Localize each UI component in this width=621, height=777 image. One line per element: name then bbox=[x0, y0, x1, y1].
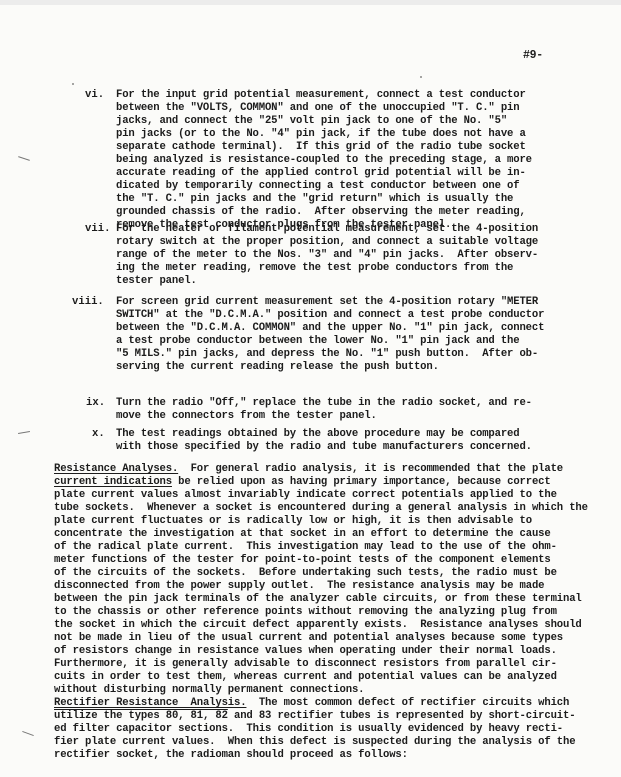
list-item-text-line: rotary switch at the proper position, an… bbox=[116, 236, 538, 249]
list-item-text-line: between the "VOLTS, COMMON" and one of t… bbox=[116, 102, 519, 115]
paragraph-line: current indications be relied upon as ha… bbox=[54, 476, 551, 489]
list-item-text-line: The test readings obtained by the above … bbox=[116, 428, 519, 441]
list-item-numeral: vii. bbox=[85, 223, 110, 236]
paragraph-line: utilize the types 80, 81, 82 and 83 rect… bbox=[54, 710, 575, 723]
list-item-text-line: separate cathode terminal). If this grid… bbox=[116, 141, 526, 154]
list-item-text-line: between the "D.C.M.A. COMMON" and the up… bbox=[116, 322, 544, 335]
paragraph-text: The most common defect of rectifier circ… bbox=[246, 697, 569, 709]
paragraph-line: to the chassis or other reference points… bbox=[54, 606, 557, 619]
paragraph-line: between the pin jack terminals of the an… bbox=[54, 593, 582, 606]
section-heading: Rectifier Resistance Analysis. bbox=[54, 697, 246, 709]
paragraph-line: Furthermore, it is generally advisable t… bbox=[54, 658, 557, 671]
underlined-phrase: current indications bbox=[54, 476, 172, 488]
scan-speck bbox=[72, 83, 74, 85]
list-item-text-line: a test probe conductor between the lower… bbox=[116, 335, 519, 348]
viewer-top-edge bbox=[0, 0, 621, 5]
list-item-numeral: ix. bbox=[86, 397, 105, 410]
paragraph-line: without disturbing normally permanent co… bbox=[54, 684, 364, 697]
margin-pencil-mark bbox=[18, 431, 30, 434]
list-item-text-line: For screen grid current measurement set … bbox=[116, 296, 538, 309]
list-item-text-line: pin jacks (or to the No. "4" pin jack, i… bbox=[116, 128, 526, 141]
page-number: #9- bbox=[523, 49, 543, 62]
paragraph-line: of the radical plate current. This inves… bbox=[54, 541, 557, 554]
list-item-text-line: "5 MILS." pin jacks, and depress the No.… bbox=[116, 348, 538, 361]
paragraph-line: disconnected from the power supply outle… bbox=[54, 580, 544, 593]
list-item-text-line: range of the meter to the Nos. "3" and "… bbox=[116, 249, 538, 262]
list-item-text-line: being analyzed is resistance-coupled to … bbox=[116, 154, 532, 167]
paragraph-line: cuits in order to test them, whereas cur… bbox=[54, 671, 557, 684]
paragraph-line: rectifier socket, the radioman should pr… bbox=[54, 749, 408, 762]
paragraph-line: of resistors change in resistance values… bbox=[54, 645, 557, 658]
list-item-text-line: For the input grid potential measurement… bbox=[116, 89, 526, 102]
list-item-text-line: SWITCH" at the "D.C.M.A." position and c… bbox=[116, 309, 544, 322]
list-item-numeral: x. bbox=[92, 428, 105, 441]
paragraph-text: and 83 rectifier tubes is represented by… bbox=[228, 710, 576, 722]
paragraph-line: not be made in lieu of the usual current… bbox=[54, 632, 563, 645]
margin-pencil-mark bbox=[22, 731, 34, 736]
paragraph-line: tube sockets. Whenever a socket is encou… bbox=[54, 502, 588, 515]
paragraph-line: plate current fluctuates or is radically… bbox=[54, 515, 532, 528]
list-item-text-line: serving the current reading release the … bbox=[116, 361, 439, 374]
paragraph-line: concentrate the investigation at that so… bbox=[54, 528, 551, 541]
paragraph-line: Rectifier Resistance Analysis. The most … bbox=[54, 697, 569, 710]
paragraph-line: Resistance Analyses. For general radio a… bbox=[54, 463, 563, 476]
paragraph-line: meter functions of the tester for point-… bbox=[54, 554, 551, 567]
paragraph-line: plate current values almost invariably i… bbox=[54, 489, 557, 502]
list-item-text-line: ing the meter reading, remove the test p… bbox=[116, 262, 513, 275]
paragraph-line: ed filter capacitor sections. This condi… bbox=[54, 723, 563, 736]
list-item-text-line: tester panel. bbox=[116, 275, 197, 288]
list-item-text-line: Turn the radio "Off," replace the tube i… bbox=[116, 397, 532, 410]
list-item-text-line: dicated by temporarily connecting a test… bbox=[116, 180, 519, 193]
list-item-numeral: vi. bbox=[85, 89, 104, 102]
paragraph-text: be relied upon as having primary importa… bbox=[172, 476, 551, 488]
scan-speck bbox=[420, 76, 422, 78]
overlined-phrase: utilize the types 80, 81, 82 bbox=[54, 710, 228, 722]
paragraph-line: fier plate current values. When this def… bbox=[54, 736, 575, 749]
paragraph-text: For general radio analysis, it is recomm… bbox=[178, 463, 563, 475]
list-item-text-line: the "T. C." pin jacks and the "grid retu… bbox=[116, 193, 513, 206]
list-item-text-line: grounded chassis of the radio. After obs… bbox=[116, 206, 526, 219]
list-item-text-line: jacks, and connect the "25" volt pin jac… bbox=[116, 115, 507, 128]
section-heading: Resistance Analyses. bbox=[54, 463, 178, 475]
paragraph-line: of the circuits of the sockets. Before u… bbox=[54, 567, 557, 580]
list-item-text-line: accurate reading of the applied control … bbox=[116, 167, 526, 180]
list-item-text-line: with those specified by the radio and tu… bbox=[116, 441, 532, 454]
list-item-numeral: viii. bbox=[72, 296, 104, 309]
paragraph-line: the socket in which the circuit defect a… bbox=[54, 619, 582, 632]
margin-pencil-mark bbox=[18, 156, 30, 161]
list-item-text-line: For the heater or filament potential mea… bbox=[116, 223, 538, 236]
list-item-text-line: move the connectors from the tester pane… bbox=[116, 410, 377, 423]
